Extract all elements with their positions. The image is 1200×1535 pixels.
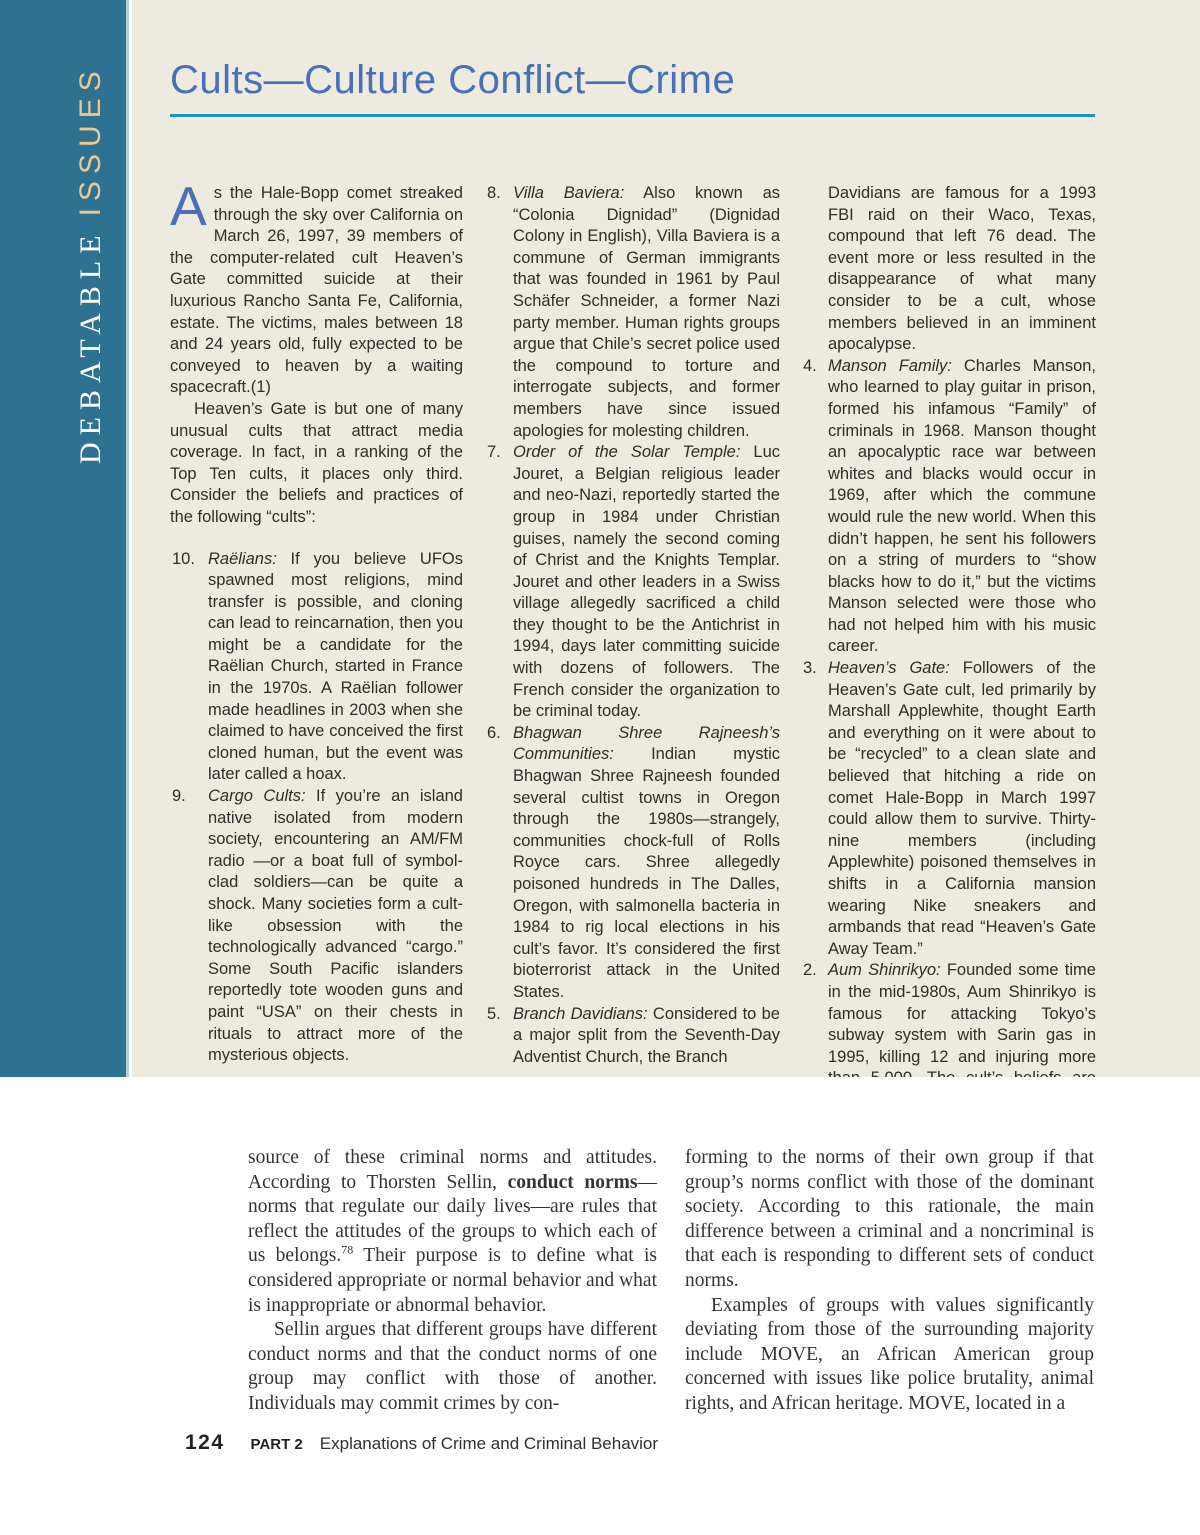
list-item: 7.Order of the Solar Temple: Luc Jouret,… — [487, 442, 780, 723]
box-column-1: As the Hale-Bopp comet streaked through … — [170, 183, 463, 1067]
list-item: 3.Heaven’s Gate: Followers of the Heaven… — [803, 658, 1096, 960]
bold-term: conduct norms — [508, 1172, 638, 1193]
list-item: 4.Manson Family: Charles Manson, who lea… — [803, 356, 1096, 658]
paragraph: Sellin argues that different groups have… — [248, 1318, 657, 1416]
item-number: 7. — [487, 442, 513, 723]
item-text: Villa Baviera: Also known as “Colonia Di… — [513, 183, 780, 442]
item-number: 6. — [487, 723, 513, 1004]
page-footer: 124 PART 2 Explanations of Crime and Cri… — [185, 1431, 658, 1455]
paragraph: source of these criminal norms and attit… — [248, 1146, 657, 1318]
body-text-right-column: forming to the norms of their own group … — [685, 1146, 1094, 1417]
list-item-continuation: Davidians are famous for a 1993 FBI raid… — [828, 183, 1096, 356]
item-label: Bhagwan Shree Rajneesh’s Communities: — [513, 724, 780, 764]
footnote-reference: 78 — [341, 1243, 353, 1257]
box-title: Cults—Culture Conflict—Crime — [170, 58, 735, 103]
page-number: 124 — [185, 1431, 225, 1455]
feature-box: Cults—Culture Conflict—Crime As the Hale… — [132, 0, 1200, 1077]
body-text-left-column: source of these criminal norms and attit… — [248, 1146, 657, 1417]
box-column-2: 8.Villa Baviera: Also known as “Colonia … — [487, 183, 780, 1068]
item-label: Order of the Solar Temple: — [513, 443, 740, 461]
title-rule — [170, 114, 1095, 117]
item-label: Heaven’s Gate: — [828, 659, 950, 677]
item-label: Aum Shinrikyo: — [828, 961, 941, 979]
item-number: 2. — [803, 960, 828, 1077]
box-column-3: Davidians are famous for a 1993 FBI raid… — [803, 183, 1096, 1077]
list-item: 10.Raëlians: If you believe UFOs spawned… — [170, 549, 463, 787]
list-item: 9.Cargo Cults: If you’re an island nativ… — [170, 786, 463, 1067]
item-text: Bhagwan Shree Rajneesh’s Communities: In… — [513, 723, 780, 1004]
item-number: 9. — [170, 786, 208, 1067]
item-text: Order of the Solar Temple: Luc Jouret, a… — [513, 442, 780, 723]
part-label: PART 2 — [251, 1436, 303, 1453]
list-item: 2.Aum Shinrikyo: Founded some time in th… — [803, 960, 1096, 1077]
drop-cap: A — [170, 183, 214, 227]
item-text: Aum Shinrikyo: Founded some time in the … — [828, 960, 1096, 1077]
textbook-page: DEBATABLEISSUES Cults—Culture Conflict—C… — [0, 0, 1200, 1535]
item-label: Raëlians: — [208, 550, 277, 568]
item-text: Branch Davidians: Considered to be a maj… — [513, 1004, 780, 1069]
item-text: Manson Family: Charles Manson, who learn… — [828, 356, 1096, 658]
list-item: 8.Villa Baviera: Also known as “Colonia … — [487, 183, 780, 442]
list-item: 5.Branch Davidians: Considered to be a m… — [487, 1004, 780, 1069]
paragraph: Examples of groups with values significa… — [685, 1294, 1094, 1417]
banner-word-debatable: DEBATABLE — [74, 228, 107, 464]
paragraph: Heaven’s Gate is but one of many unusual… — [170, 399, 463, 529]
item-label: Branch Davidians: — [513, 1005, 648, 1023]
item-label: Manson Family: — [828, 357, 952, 375]
banner-rotated-label: DEBATABLEISSUES — [74, 64, 108, 464]
item-text: Heaven’s Gate: Followers of the Heaven’s… — [828, 658, 1096, 960]
item-label: Cargo Cults: — [208, 787, 306, 805]
item-number: 4. — [803, 356, 828, 658]
item-number: 3. — [803, 658, 828, 960]
paragraph: forming to the norms of their own group … — [685, 1146, 1094, 1294]
item-text: Cargo Cults: If you’re an island native … — [208, 786, 463, 1067]
debatable-issues-banner: DEBATABLEISSUES — [0, 0, 129, 1077]
item-label: Villa Baviera: — [513, 184, 624, 202]
banner-word-issues: ISSUES — [74, 64, 107, 216]
item-number: 5. — [487, 1004, 513, 1069]
item-text: Raëlians: If you believe UFOs spawned mo… — [208, 549, 463, 787]
intro-paragraph: As the Hale-Bopp comet streaked through … — [170, 183, 463, 399]
part-title: Explanations of Crime and Criminal Behav… — [320, 1434, 658, 1454]
list-item: 6.Bhagwan Shree Rajneesh’s Communities: … — [487, 723, 780, 1004]
item-number: 10. — [170, 549, 208, 787]
item-number: 8. — [487, 183, 513, 442]
